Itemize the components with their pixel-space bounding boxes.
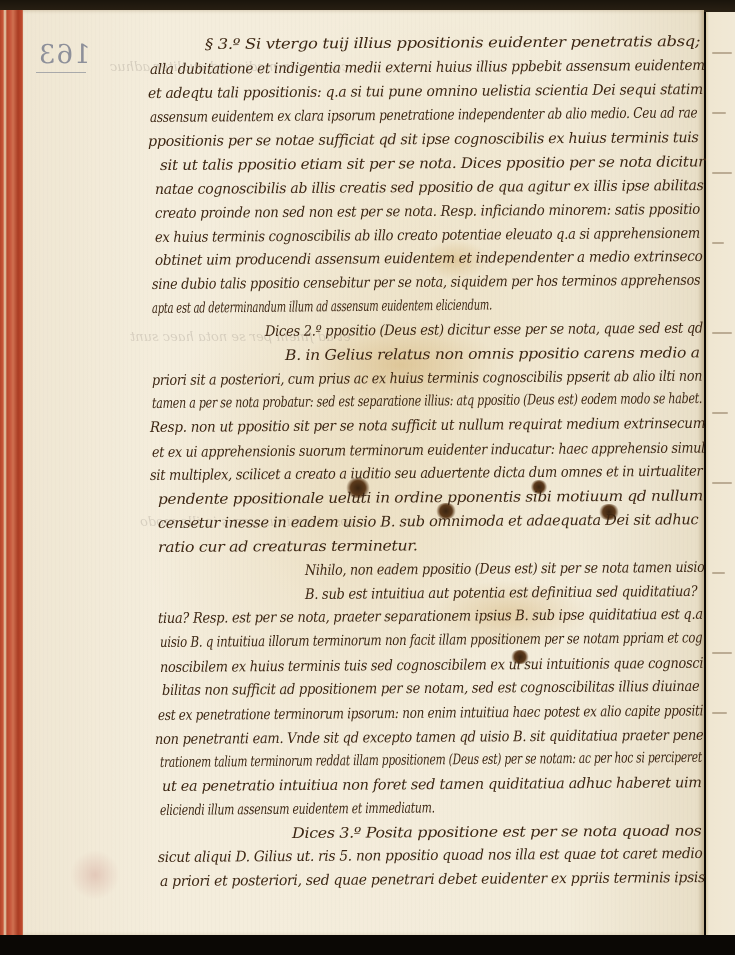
manuscript-line: § 3.º Si vtergo tuij illius ppositionis … (205, 34, 700, 53)
manuscript-line: Dices 3.º Posita ppositione est per se n… (292, 823, 702, 842)
red-page-edges (0, 10, 24, 938)
manuscript-line: Dices 2.º ppositio (Deus est) dicitur es… (265, 321, 703, 340)
manuscript-line: Nihilo, non eadem ppositio (Deus est) si… (305, 560, 705, 579)
manuscript-line: ratio cur ad creaturas terminetur. (158, 538, 418, 556)
manuscript-line: B. sub est intuitiua aut potentia est de… (305, 584, 697, 603)
manuscript-line: eliciendi illum assensum euidentem et im… (160, 800, 435, 819)
scan-bottom-background (0, 935, 735, 955)
pink-stain (70, 850, 120, 900)
folio-number: 163 (38, 40, 91, 70)
facing-page-edge (706, 12, 735, 936)
manuscript-line: B. in Gelius relatus non omnis ppositio … (285, 345, 700, 364)
folio-underline (36, 72, 86, 73)
